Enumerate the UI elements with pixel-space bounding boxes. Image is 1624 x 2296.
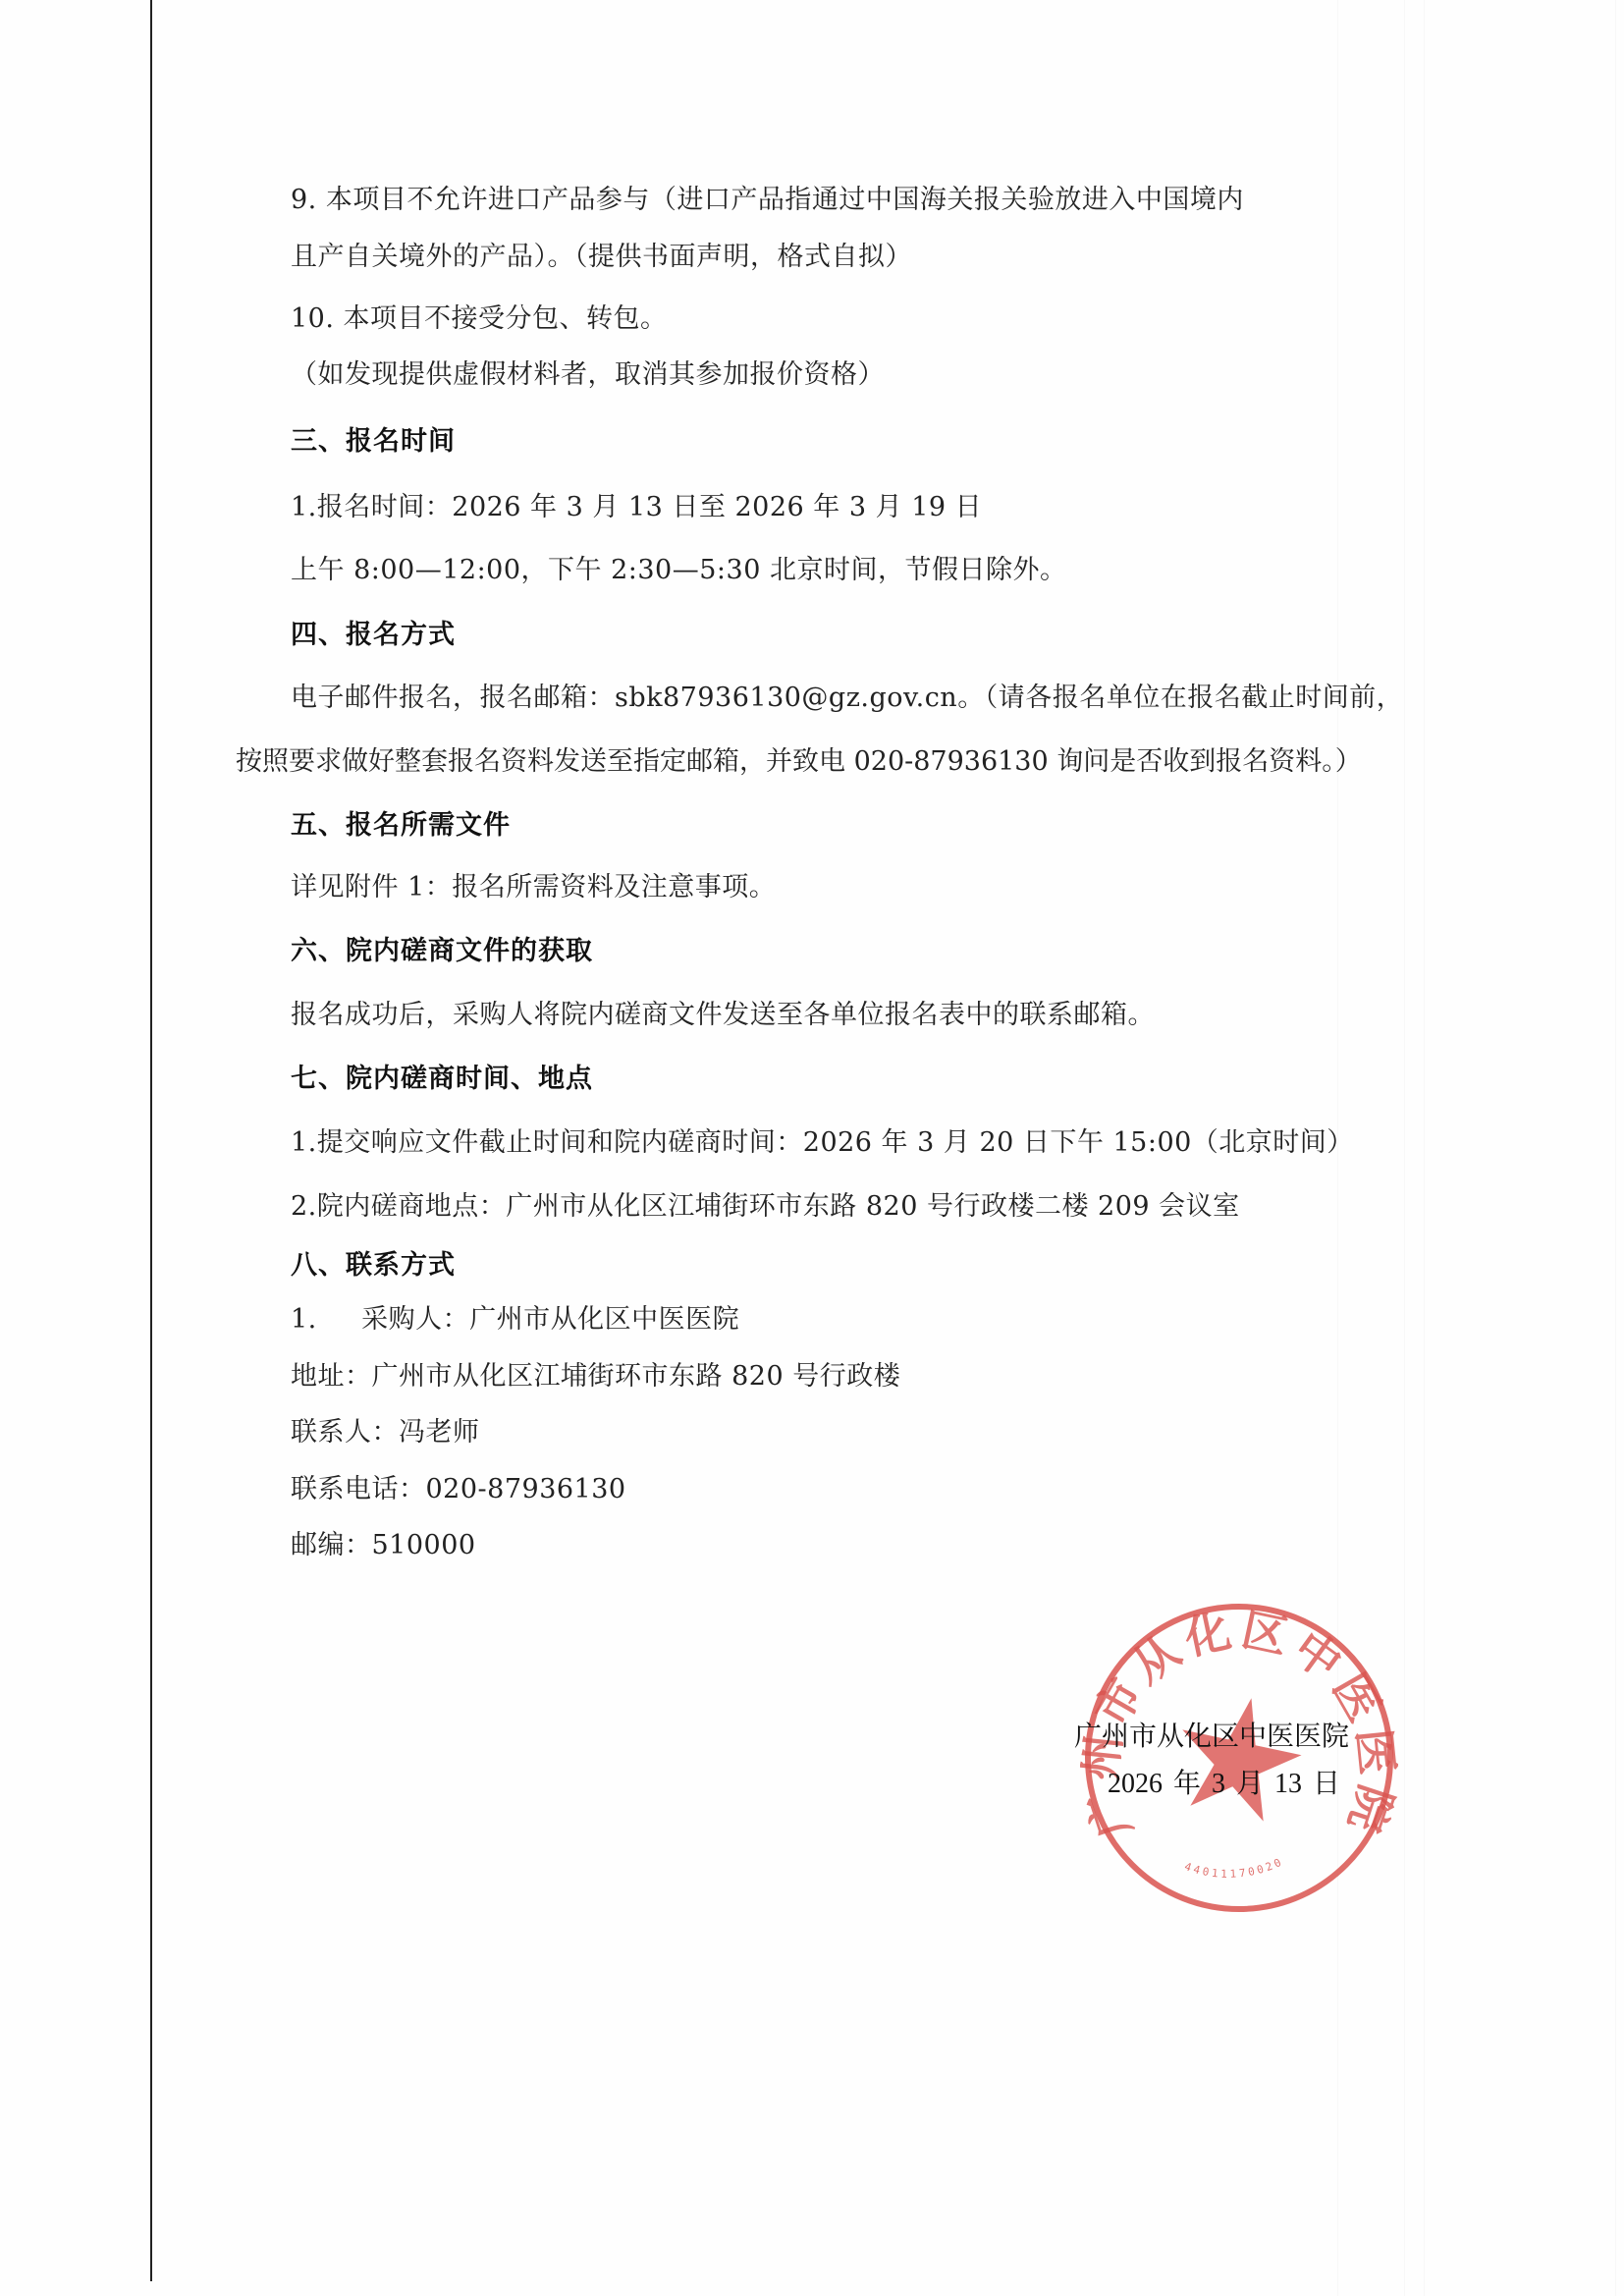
- scan-streak: [1424, 0, 1425, 2296]
- negotiation-deadline: 1.提交响应文件截止时间和院内磋商时间：2026 年 3 月 20 日下午 15…: [291, 1126, 1354, 1160]
- section-heading-required-documents: 五、报名所需文件: [291, 809, 511, 843]
- false-material-note: （如发现提供虚假材料者，取消其参加报价资格）: [291, 358, 885, 392]
- section-heading-negotiation-time-place: 七、院内磋商时间、地点: [291, 1063, 593, 1096]
- registration-period: 1.报名时间：2026 年 3 月 13 日至 2026 年 3 月 19 日: [291, 491, 982, 524]
- negotiation-location: 2.院内磋商地点：广州市从化区江埔街环市东路 820 号行政楼二楼 209 会议…: [291, 1190, 1240, 1224]
- section-heading-registration-method: 四、报名方式: [291, 619, 456, 652]
- scan-streak: [1615, 0, 1616, 2296]
- signature-organization: 广州市从化区中医医院: [1074, 1721, 1349, 1754]
- document-page: 9. 本项目不允许进口产品参与（进口产品指通过中国海关报关验放进入中国境内 且产…: [0, 0, 1624, 2296]
- required-documents-text: 详见附件 1：报名所需资料及注意事项。: [291, 871, 776, 904]
- item-10: 10. 本项目不接受分包、转包。: [291, 302, 668, 336]
- contact-postcode: 邮编：510000: [291, 1529, 476, 1562]
- svg-text:44011170020: 44011170020: [1183, 1855, 1286, 1881]
- scan-streak: [1404, 0, 1405, 2296]
- item-9-line-1: 9. 本项目不允许进口产品参与（进口产品指通过中国海关报关验放进入中国境内: [291, 184, 1244, 217]
- contact-person: 联系人：冯老师: [291, 1416, 480, 1449]
- registration-email-instructions: 按照要求做好整套报名资料发送至指定邮箱，并致电 020-87936130 询问是…: [236, 745, 1362, 779]
- document-acquisition-text: 报名成功后，采购人将院内磋商文件发送至各单位报名表中的联系邮箱。: [291, 999, 1155, 1032]
- section-heading-registration-time: 三、报名时间: [291, 425, 456, 459]
- official-seal-icon: 广州市从化区中医医院 44011170020: [1080, 1599, 1398, 1917]
- binding-margin-line: [150, 0, 152, 2281]
- signature-date: 2026 年 3 月 13 日: [1108, 1768, 1340, 1801]
- section-heading-document-acquisition: 六、院内磋商文件的获取: [291, 935, 593, 968]
- registration-email-line: 电子邮件报名，报名邮箱：sbk87936130@gz.gov.cn。（请各报名单…: [291, 682, 1403, 715]
- section-heading-contact: 八、联系方式: [291, 1249, 456, 1283]
- contact-address: 地址：广州市从化区江埔街环市东路 820 号行政楼: [291, 1360, 900, 1394]
- registration-hours: 上午 8:00—12:00，下午 2:30—5:30 北京时间，节假日除外。: [291, 554, 1066, 587]
- contact-phone: 联系电话：020-87936130: [291, 1473, 626, 1506]
- contact-purchaser: 1. 采购人：广州市从化区中医医院: [291, 1303, 739, 1337]
- item-9-line-2: 且产自关境外的产品）。（提供书面声明，格式自拟）: [291, 241, 912, 274]
